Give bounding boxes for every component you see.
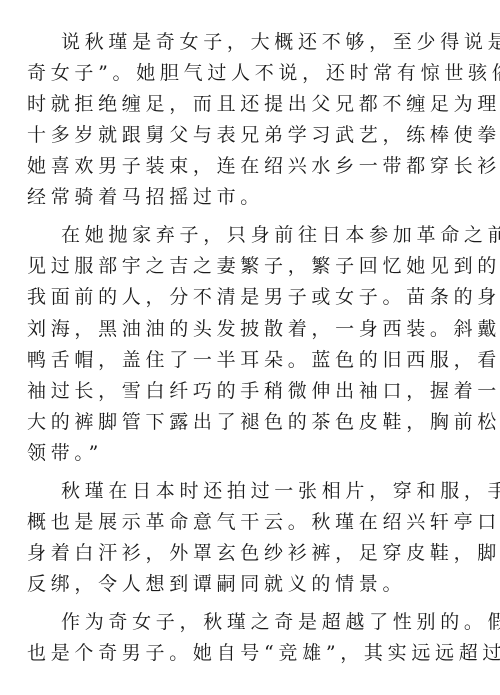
text-line: 见过服部宇之吉之妻繁子，繁子回忆她见到的秋瑾：“出现在 [27,254,500,278]
text-line: 时就拒绝缠足，而且还提出父兄都不缠足为理由，坚持不屈。 [27,92,500,116]
text-line: 作为奇女子，秋瑾之奇是超越了性别的。假如她是男人， [61,610,500,634]
text-line: 经常骑着马招摇过市。 [27,185,264,209]
text-line: 十多岁就跟舅父与表兄弟学习武艺，练棒使拳，舞剑骑马。 [27,123,500,147]
text-line: 秋瑾在日本时还拍过一张相片，穿和服，手执短剑，大 [61,479,500,503]
text-line: 鸭舌帽，盖住了一半耳朵。蓝色的旧西服，看来不太合身。衣 [27,348,500,372]
text-line: 我面前的人，分不清是男子或女子。苗条的身材，额前留着点 [27,285,500,309]
text-line: 在她抛家弃子，只身前往日本参加革命之前，曾在北京 [61,223,500,247]
text-line: 刘海，黑油油的头发披散着，一身西装。斜戴着一顶蓝色的 [27,317,500,341]
text-line: 也是个奇男子。她自号“竞雄”，其实远远超过了一般男子， [27,641,500,665]
text-line: 领带。” [27,441,103,465]
text-line: 反绑，令人想到谭嗣同就义的情景。 [27,572,406,596]
text-line: 袖过长，雪白纤巧的手稍微伸出袖口，握着一根小手杖。宽 [27,379,500,403]
text-line: 大的裤脚管下露出了褪色的茶色皮鞋，胸前松松地系了一条 [27,410,500,434]
text-line: 概也是展示革命意气干云。秋瑾在绍兴轩亭口就义的时候， [27,510,500,534]
text-line: 说秋瑾是奇女子，大概还不够，至少得说是“不世出的 [61,30,500,54]
text-line: 奇女子”。她胆气过人不说，还时常有惊世骇俗之举。她七岁 [27,61,500,85]
text-line: 身着白汗衫，外罩玄色纱衫裤，足穿皮鞋，脚带铁镣，双手 [27,541,500,565]
text-line: 她喜欢男子装束，连在绍兴水乡一带都穿长衫，着皮鞋，还 [27,154,500,178]
scanned-page: 说秋瑾是奇女子，大概还不够，至少得说是“不世出的 奇女子”。她胆气过人不说，还时… [0,0,500,695]
